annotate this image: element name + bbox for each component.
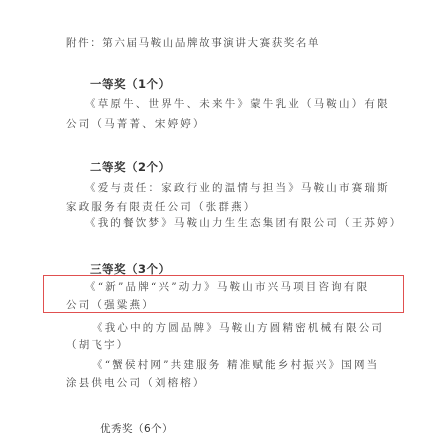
- entry-line: 《草原牛、世界牛、未来牛》蒙牛乳业（马鞍山）有限: [85, 96, 390, 111]
- excellence-prize-heading: 优秀奖（6个）: [100, 421, 173, 433]
- entry-line: 《爱与责任：家政行业的温情与担当》马鞍山市赛瑞斯: [85, 180, 390, 195]
- entry-line: 《“新”品牌“兴”动力》马鞍山市兴马项目咨询有限: [85, 279, 369, 294]
- entry-line: （胡飞宇）: [66, 337, 130, 352]
- entry-line: 《我的餐饮梦》马鞍山力生生态集团有限公司（王苏婷）: [85, 215, 403, 230]
- entry-line: 涂县供电公司（刘榕榕）: [66, 375, 206, 390]
- entry-line: 《我心中的方圆品牌》马鞍山方圆精密机械有限公司: [92, 320, 384, 335]
- entry-line: 公司（马菁菁、宋婷婷）: [66, 116, 206, 131]
- first-prize-heading: 一等奖（1个）: [90, 76, 171, 92]
- entry-line: 公司（强粱燕）: [66, 297, 155, 312]
- document-title: 附件：第六届马鞍山品牌故事演讲大赛获奖名单: [66, 35, 320, 50]
- entry-line: 家政服务有限责任公司（张群燕）: [66, 199, 257, 214]
- second-prize-heading: 二等奖（2个）: [90, 159, 171, 175]
- entry-line: 《“蟹侯村网”共建服务 精准赋能乡村振兴》国网当: [92, 357, 379, 372]
